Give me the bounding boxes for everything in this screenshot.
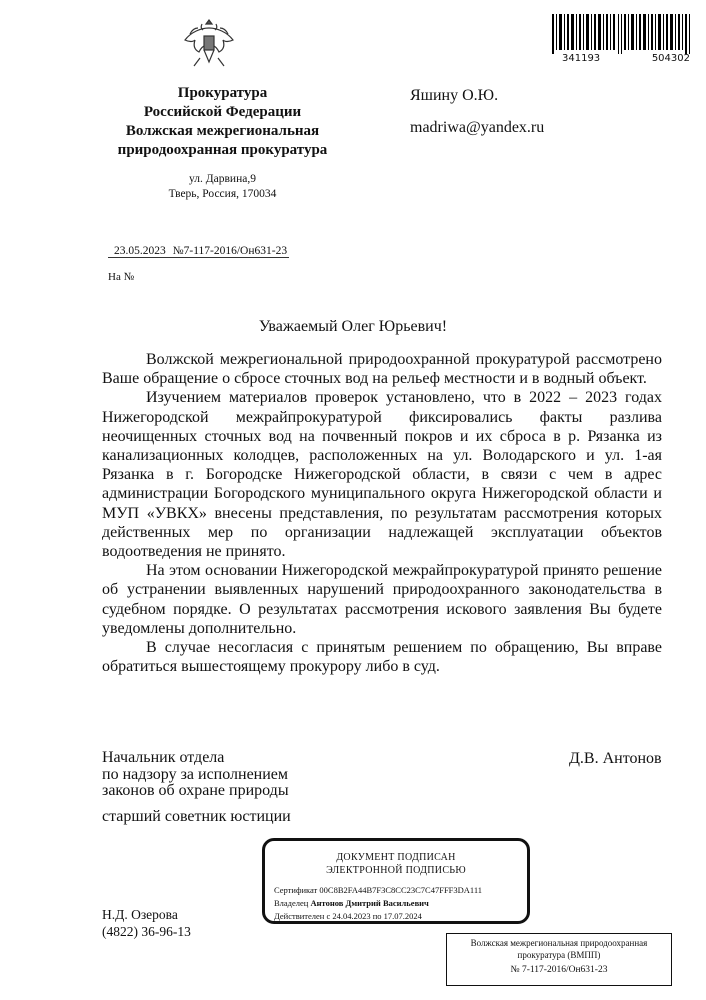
org-line: Волжская межрегиональная <box>100 122 345 141</box>
outgoing-reference: 23.05.2023 №7-117-2016/Он631-23 <box>108 245 289 258</box>
org-line: Российской Федерации <box>100 103 345 122</box>
owner-value: Антонов Дмитрий Васильевич <box>310 898 428 908</box>
org-line: природоохранная прокуратура <box>100 141 345 160</box>
address-line: Тверь, Россия, 170034 <box>100 187 345 202</box>
in-reply-label: На № <box>108 271 134 283</box>
reference-number: 7-117-2016/Он631-23 <box>184 245 287 257</box>
barcode-left-digits: 341193 <box>562 53 600 64</box>
cert-label: Сертификат <box>274 885 317 895</box>
signer-position: Начальник отдела по надзору за исполнени… <box>102 750 289 800</box>
position-line: по надзору за исполнением <box>102 767 289 784</box>
barcode <box>550 14 696 54</box>
valid-to: 17.07.2024 <box>384 911 422 921</box>
reference-date: 23.05.2023 <box>114 245 166 257</box>
barcode-right-digits: 504302 <box>652 53 690 64</box>
recipient-email: madriwa@yandex.ru <box>410 112 544 144</box>
letter-body: Волжской межрегиональной природоохранной… <box>102 350 662 676</box>
position-line: Начальник отдела <box>102 750 289 767</box>
owner-label: Владелец <box>274 898 308 908</box>
executor-phone: (4822) 36-96-13 <box>102 923 191 940</box>
electronic-signature-stamp: ДОКУМЕНТ ПОДПИСАН ЭЛЕКТРОННОЙ ПОДПИСЬЮ С… <box>262 838 530 924</box>
body-paragraph: В случае несогласия с принятым решением … <box>102 638 662 676</box>
organization-address: ул. Дарвина,9 Тверь, Россия, 170034 <box>100 172 345 202</box>
valid-label: Действителен с <box>274 911 330 921</box>
regbox-line: Волжская межрегиональная природоохранная <box>447 938 671 950</box>
esig-certificate: Сертификат 00C8B2FA44B7F3C8CC23C7C47FFF3… <box>274 884 527 897</box>
recipient-block: Яшину О.Ю. madriwa@yandex.ru <box>410 80 544 144</box>
body-paragraph: Волжской межрегиональной природоохранной… <box>102 350 662 388</box>
organization-name: Прокуратура Российской Федерации Волжска… <box>100 84 345 160</box>
valid-from: 24.04.2023 <box>332 911 370 921</box>
esig-owner: Владелец Антонов Дмитрий Васильевич <box>274 897 527 910</box>
org-line: Прокуратура <box>100 84 345 103</box>
executor-block: Н.Д. Озерова (4822) 36-96-13 <box>102 906 191 940</box>
registration-stamp: Волжская межрегиональная природоохранная… <box>446 933 672 986</box>
esig-validity: Действителен с 24.04.2023 по 17.07.2024 <box>274 910 527 923</box>
signer-name: Д.В. Антонов <box>569 750 662 768</box>
reference-number-label: № <box>173 245 184 257</box>
cert-value: 00C8B2FA44B7F3C8CC23C7C47FFF3DA111 <box>319 885 482 895</box>
regbox-number: № 7-117-2016/Он631-23 <box>447 965 671 977</box>
esig-title-line: ДОКУМЕНТ ПОДПИСАН <box>265 851 527 864</box>
barcode-digits: 341193 504302 <box>556 53 696 64</box>
esig-title: ДОКУМЕНТ ПОДПИСАН ЭЛЕКТРОННОЙ ПОДПИСЬЮ <box>265 851 527 877</box>
valid-to-label: по <box>373 911 382 921</box>
address-line: ул. Дарвина,9 <box>100 172 345 187</box>
greeting: Уважаемый Олег Юрьевич! <box>0 318 706 336</box>
signer-rank: старший советник юстиции <box>102 808 291 826</box>
body-paragraph: Изучением материалов проверок установлен… <box>102 388 662 561</box>
body-paragraph: На этом основании Нижегородской межрайпр… <box>102 561 662 638</box>
recipient-name: Яшину О.Ю. <box>410 80 544 112</box>
executor-name: Н.Д. Озерова <box>102 906 191 923</box>
esig-title-line: ЭЛЕКТРОННОЙ ПОДПИСЬЮ <box>265 864 527 877</box>
position-line: законов об охране природы <box>102 783 289 800</box>
regbox-line: прокуратура (ВМПП) <box>447 950 671 962</box>
russian-coat-of-arms-icon <box>180 14 238 72</box>
